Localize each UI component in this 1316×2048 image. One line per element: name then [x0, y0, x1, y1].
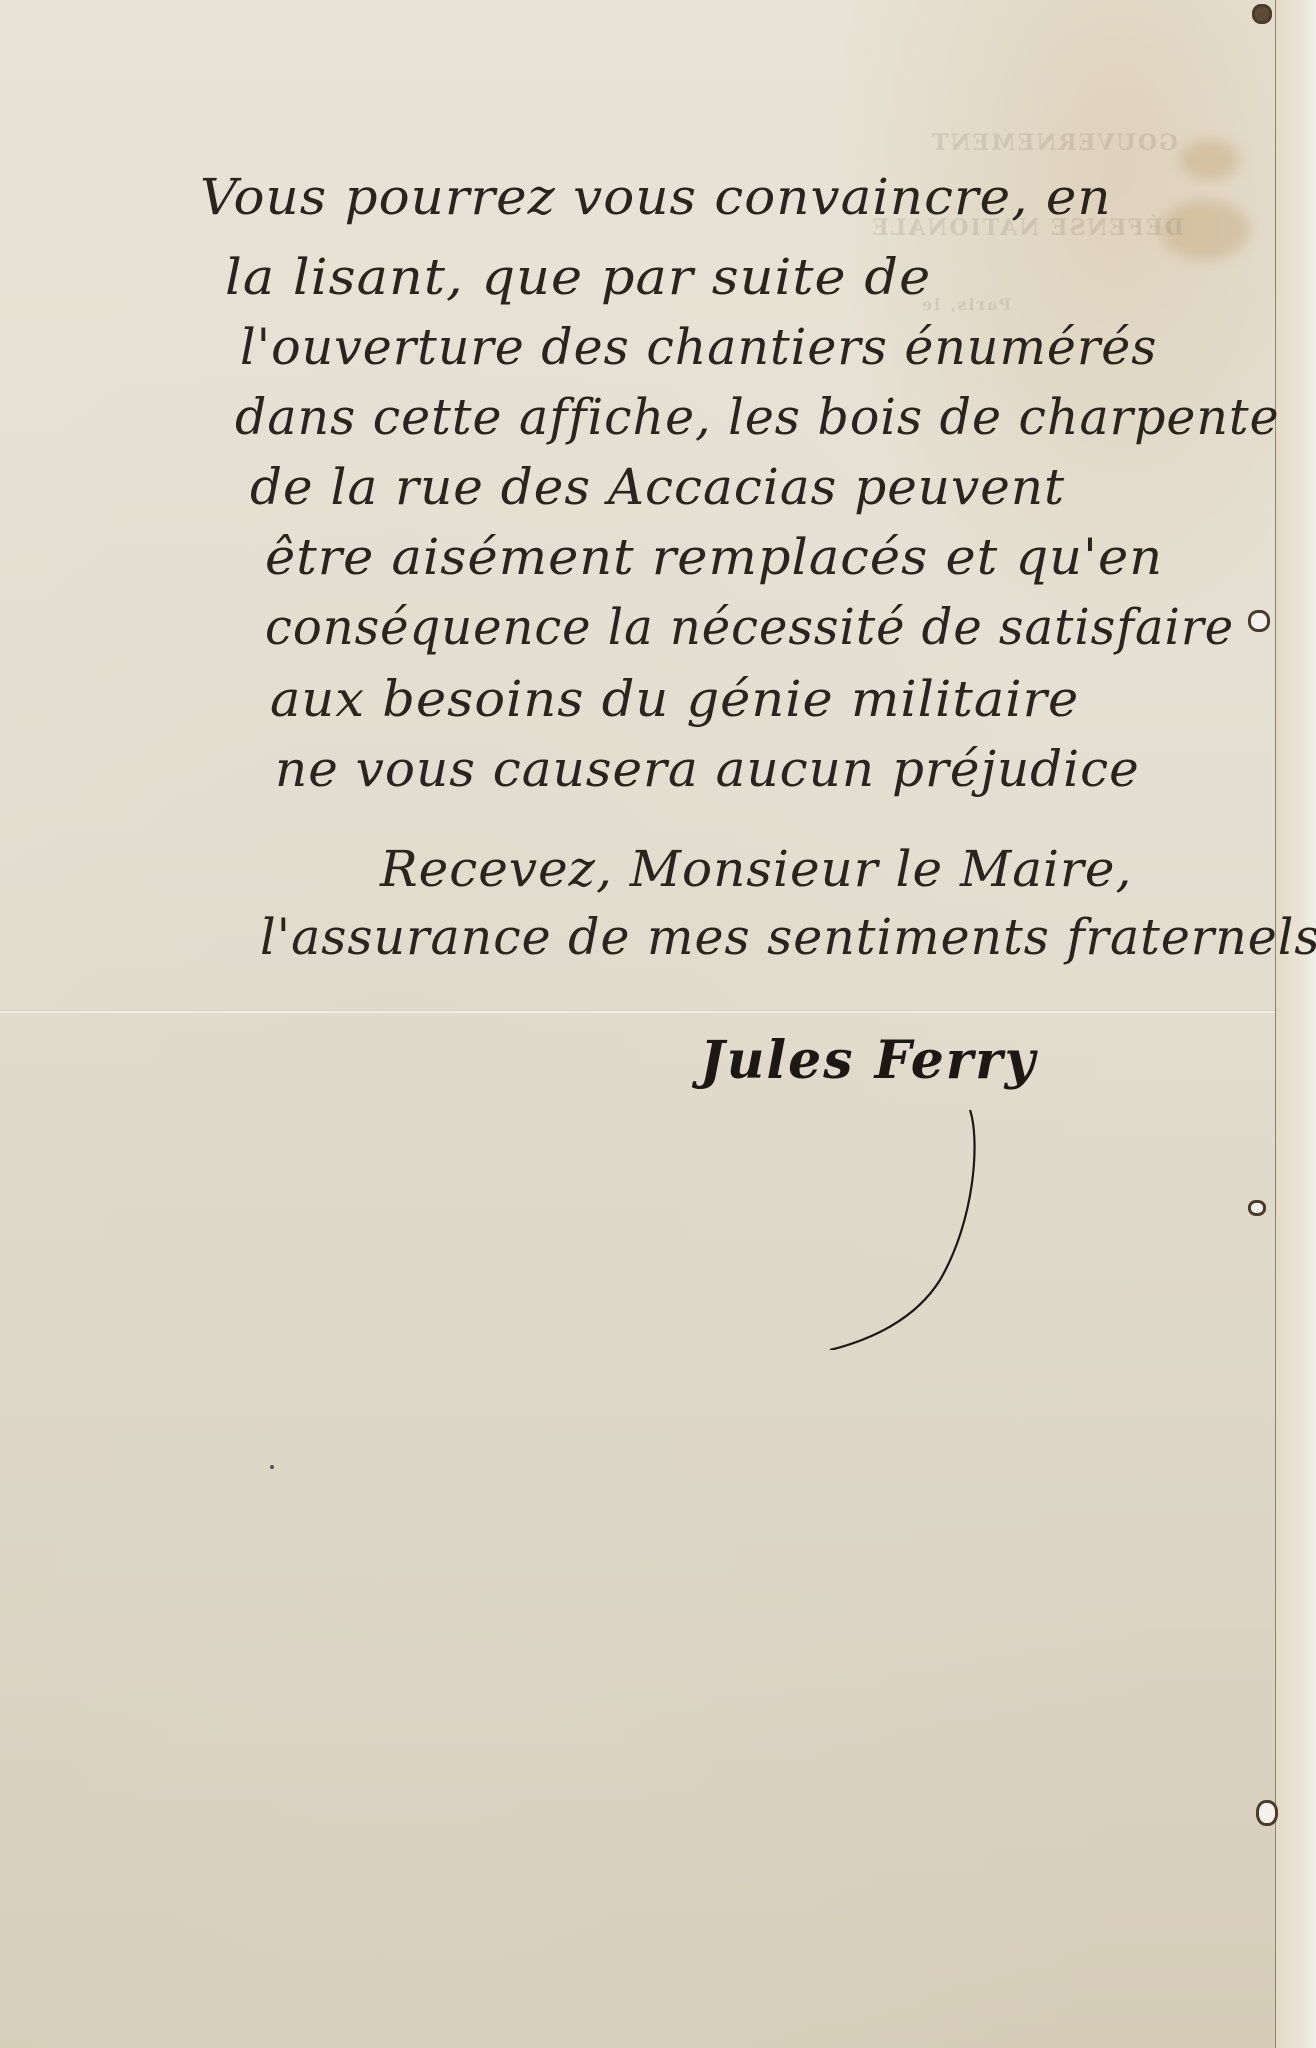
letter-line: être aisément remplacés et qu'en — [265, 528, 1163, 586]
letter-line: conséquence la nécessité de satisfaire — [265, 598, 1234, 656]
letter-page: GOUVERNEMENT DÉFENSE NATIONALE Paris, le… — [0, 0, 1316, 2048]
letter-line: l'ouverture des chantiers énumérés — [240, 318, 1157, 376]
letter-line: dans cette affiche, les bois de charpent… — [235, 388, 1280, 446]
closing-salutation: l'assurance de mes sentiments fraternels — [260, 908, 1316, 966]
signature: Jules Ferry — [700, 1030, 1037, 1091]
letter-line: ne vous causera aucun préjudice — [275, 740, 1140, 798]
letter-line: Vous pourrez vous convaincre, en — [200, 168, 1112, 226]
letter-line: de la rue des Accacias peuvent — [250, 458, 1065, 516]
signature-flourish — [820, 1100, 1000, 1350]
letter-line: aux besoins du génie militaire — [270, 670, 1079, 728]
letter-body: Vous pourrez vous convaincre, en la lisa… — [0, 0, 1316, 2048]
letter-line: la lisant, que par suite de — [225, 248, 931, 306]
closing-salutation: Recevez, Monsieur le Maire, — [380, 840, 1132, 898]
